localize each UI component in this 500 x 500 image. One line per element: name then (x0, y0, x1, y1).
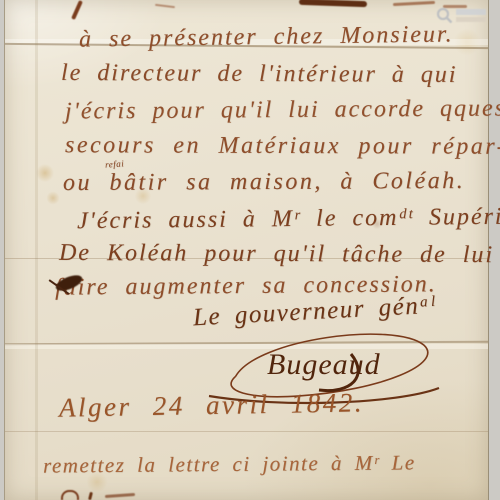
letter-line: J'écris aussi à Mʳ le comᵈᵗ Supéri (77, 204, 500, 235)
cropped-line-fragment (61, 490, 79, 500)
cropped-line-fragment (155, 4, 175, 8)
interlinear-insertion: refai (105, 158, 125, 169)
postscript-line: remettez la lettre ci jointe à Mʳ Le (43, 450, 416, 478)
letter-paper: à se présenter chez Monsieur. le directe… (4, 0, 489, 500)
signature: Bugeaud (267, 348, 381, 381)
watermark-bar (456, 9, 486, 15)
letter-line: secours en Matériaux pour répar- (65, 132, 500, 161)
cropped-line-fragment (88, 492, 93, 500)
fold-crease-vertical (35, 0, 38, 500)
magnifier-icon (436, 7, 453, 24)
watermark-text-blur (456, 9, 486, 22)
letter-line: ou bâtir sa maison, à Coléah. (63, 168, 465, 197)
date-line: Alger 24 avril 1842. (59, 387, 364, 423)
fold-crease (5, 431, 488, 432)
cropped-line-fragment (393, 1, 435, 6)
watermark-bar (456, 17, 486, 22)
zoom-watermark (436, 7, 486, 24)
letter-photograph: à se présenter chez Monsieur. le directe… (0, 0, 500, 500)
cropped-line-fragment (299, 0, 367, 7)
letter-line: à se présenter chez Monsieur. (79, 21, 454, 53)
letter-line: le directeur de l'intérieur à qui (61, 60, 458, 89)
letter-line: De Koléah pour qu'il tâche de lui (59, 240, 494, 269)
cropped-line-fragment (71, 0, 83, 20)
cropped-line-fragment (105, 493, 135, 498)
letter-line: j'écris pour qu'il lui accorde qques (65, 95, 500, 125)
